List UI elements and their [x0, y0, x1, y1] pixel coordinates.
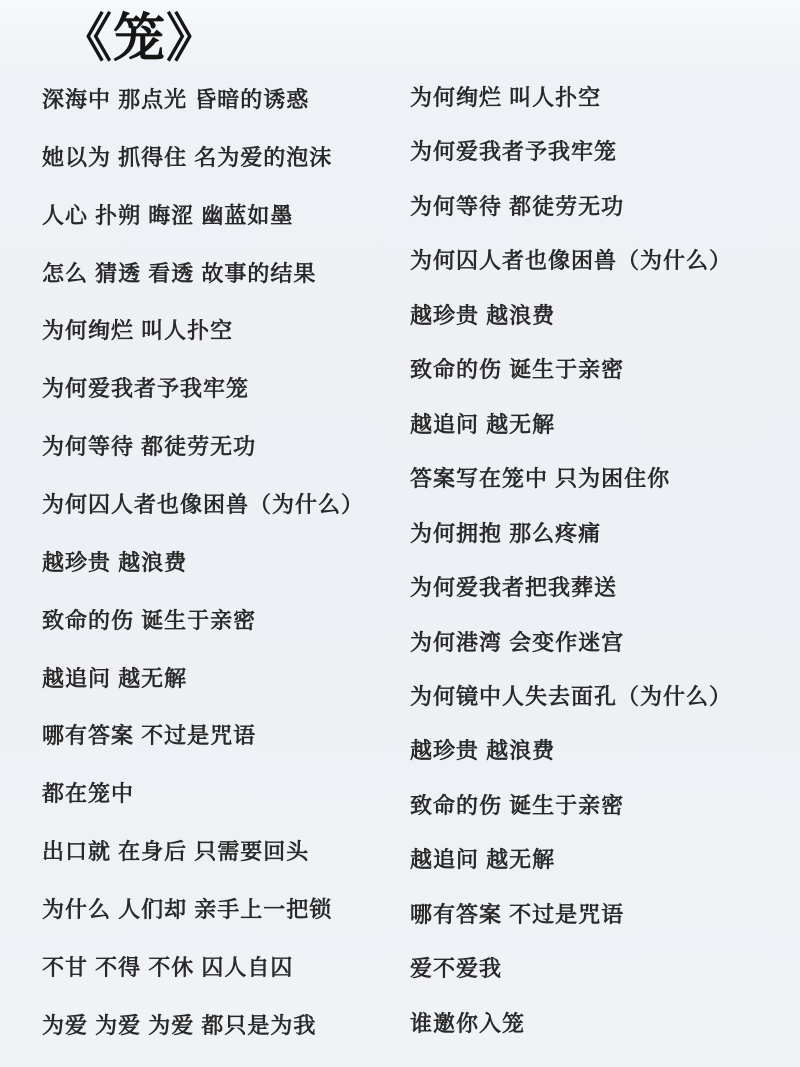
lyric-line: 为何拥抱 那么疼痛 [410, 522, 790, 546]
lyric-line: 致命的伤 诞生于亲密 [410, 358, 790, 382]
lyric-line: 为何囚人者也像困兽（为什么） [42, 493, 392, 517]
lyric-line: 哪有答案 不过是咒语 [42, 724, 392, 748]
lyric-line: 为何等待 都徒劳无功 [410, 195, 790, 219]
lyric-line: 为何等待 都徒劳无功 [42, 435, 392, 459]
lyric-line: 为何爱我者予我牢笼 [410, 140, 790, 164]
lyric-line: 越珍贵 越浪费 [410, 304, 790, 328]
lyrics-column-right: 为何绚烂 叫人扑空 为何爱我者予我牢笼 为何等待 都徒劳无功 为何囚人者也像困兽… [410, 86, 790, 1036]
lyric-line: 为什么 人们却 亲手上一把锁 [42, 898, 392, 922]
lyric-line: 致命的伤 诞生于亲密 [42, 609, 392, 633]
lyric-line: 为爱 为爱 为爱 都只是为我 [42, 1014, 392, 1038]
lyric-line: 为何绚烂 叫人扑空 [410, 86, 790, 110]
lyric-line: 怎么 猜透 看透 故事的结果 [42, 262, 392, 286]
lyric-line: 答案写在笼中 只为困住你 [410, 467, 790, 491]
lyric-line: 越追问 越无解 [410, 848, 790, 872]
lyric-line: 越追问 越无解 [42, 667, 392, 691]
lyric-line: 爱不爱我 [410, 957, 790, 981]
lyric-line: 为何港湾 会变作迷宫 [410, 631, 790, 655]
lyric-line: 为何爱我者把我葬送 [410, 576, 790, 600]
lyric-line: 致命的伤 诞生于亲密 [410, 794, 790, 818]
lyric-line: 深海中 那点光 昏暗的诱惑 [42, 88, 392, 112]
lyric-line: 越珍贵 越浪费 [410, 739, 790, 763]
lyric-line: 都在笼中 [42, 782, 392, 806]
lyric-line: 为何囚人者也像困兽（为什么） [410, 249, 790, 273]
lyric-line: 出口就 在身后 只需要回头 [42, 840, 392, 864]
song-title: 《笼》 [60, 0, 219, 71]
lyric-line: 不甘 不得 不休 囚人自囚 [42, 956, 392, 980]
lyric-line: 为何爱我者予我牢笼 [42, 377, 392, 401]
lyric-line: 为何镜中人失去面孔（为什么） [410, 685, 790, 709]
lyric-line: 为何绚烂 叫人扑空 [42, 319, 392, 343]
lyric-line: 人心 扑朔 晦涩 幽蓝如墨 [42, 204, 392, 228]
lyrics-column-left: 深海中 那点光 昏暗的诱惑 她以为 抓得住 名为爱的泡沫 人心 扑朔 晦涩 幽蓝… [42, 88, 392, 1038]
lyric-line: 谁邀你入笼 [410, 1012, 790, 1036]
lyric-line: 哪有答案 不过是咒语 [410, 903, 790, 927]
lyric-line: 越追问 越无解 [410, 413, 790, 437]
lyric-line: 她以为 抓得住 名为爱的泡沫 [42, 146, 392, 170]
lyric-line: 越珍贵 越浪费 [42, 551, 392, 575]
